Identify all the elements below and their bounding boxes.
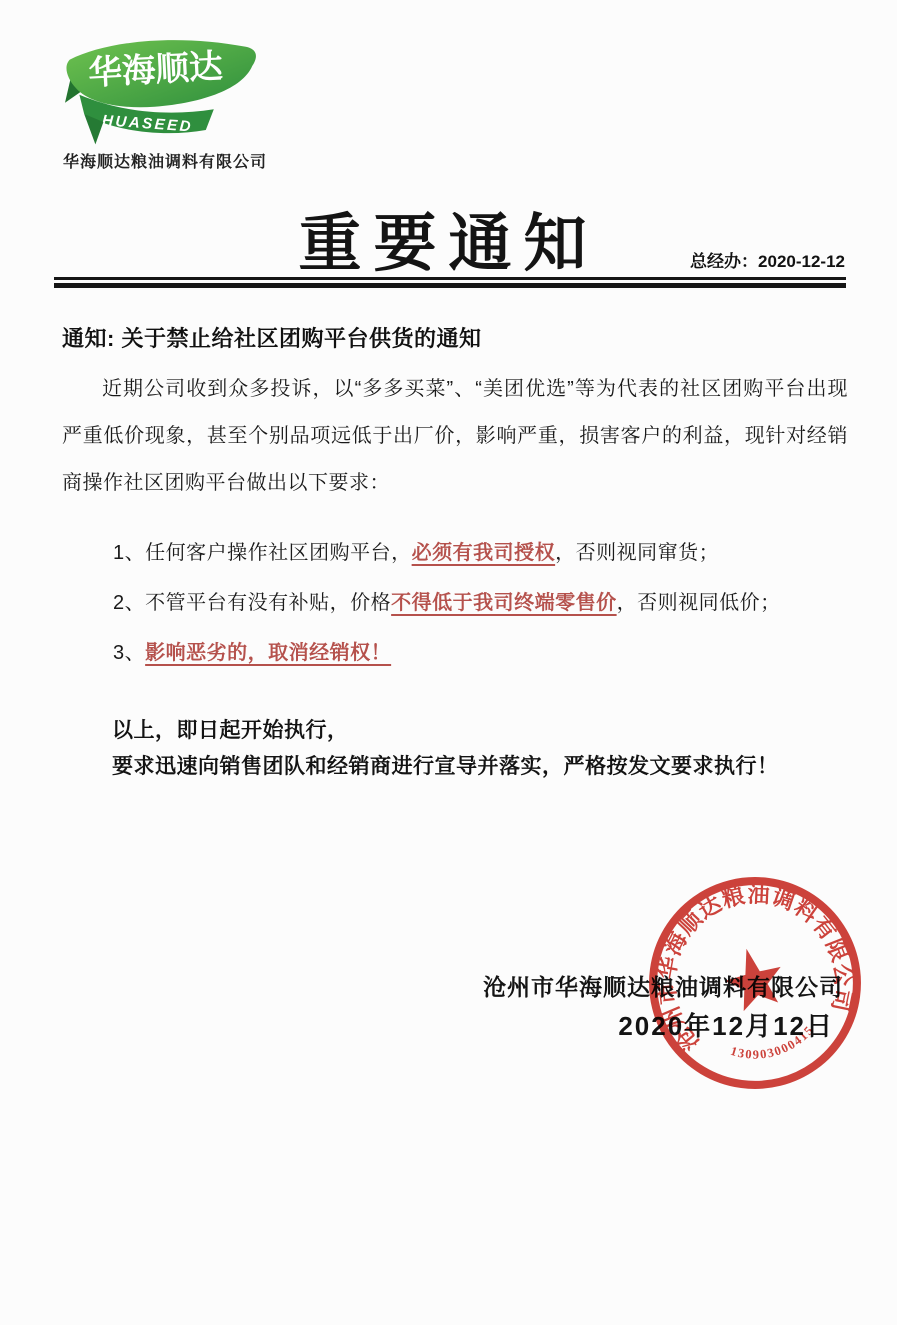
closing-line-2: 要求迅速向销售团队和经销商进行宣导并落实，严格按发文要求执行！ [112,749,779,785]
logo-banner-graphic: 华海顺达 HUASEED [56,34,266,146]
company-name: 华海顺达粮油调料有限公司 [63,149,267,172]
notice-item: 2、不管平台有没有补贴，价格不得低于我司终端零售价，否则视同低价； [113,578,853,628]
item-text: ，否则视同低价； [617,592,781,614]
item-red-text: 必须有我司授权 [412,542,556,564]
notice-document: 华海顺达 HUASEED 华海顺达粮油调料有限公司 重要通知 总经办：2020-… [0,0,897,1325]
requirements-list: 1、任何客户操作社区团购平台，必须有我司授权，否则视同窜货； 2、不管平台有没有… [113,528,853,678]
title-divider [54,277,846,288]
closing-block: 以上，即日起开始执行， 要求迅速向销售团队和经销商进行宣导并落实，严格按发文要求… [112,713,779,785]
brand-logo: 华海顺达 HUASEED [56,34,266,146]
item-red-text: 影响恶劣的，取消经销权！ [145,642,391,664]
item-red-text: 不得低于我司终端零售价 [391,592,617,614]
signature-company: 沧州市华海顺达粮油调料有限公司 [483,969,843,1002]
notice-item: 3、影响恶劣的，取消经销权！ [113,628,853,678]
signature-date: 2020年12月12日 [618,1006,834,1043]
issuer-date: 总经办：2020-12-12 [690,247,845,272]
item-number: 1、 [113,542,145,564]
item-text: 不管平台有没有补贴，价格 [145,592,391,614]
item-number: 3、 [113,642,145,664]
item-text: ，否则视同窜货； [555,542,719,564]
subject-line: 通知: 关于禁止给社区团购平台供货的通知 [62,322,481,353]
item-number: 2、 [113,592,145,614]
closing-line-1: 以上，即日起开始执行， [112,713,779,749]
item-text: 任何客户操作社区团购平台， [145,542,412,564]
body-paragraph: 近期公司收到众多投诉，以“多多买菜”、“美团优选”等为代表的社区团购平台出现严重… [62,366,848,507]
logo-brand-text: 华海顺达 [87,47,224,92]
notice-item: 1、任何客户操作社区团购平台，必须有我司授权，否则视同窜货； [113,528,853,578]
